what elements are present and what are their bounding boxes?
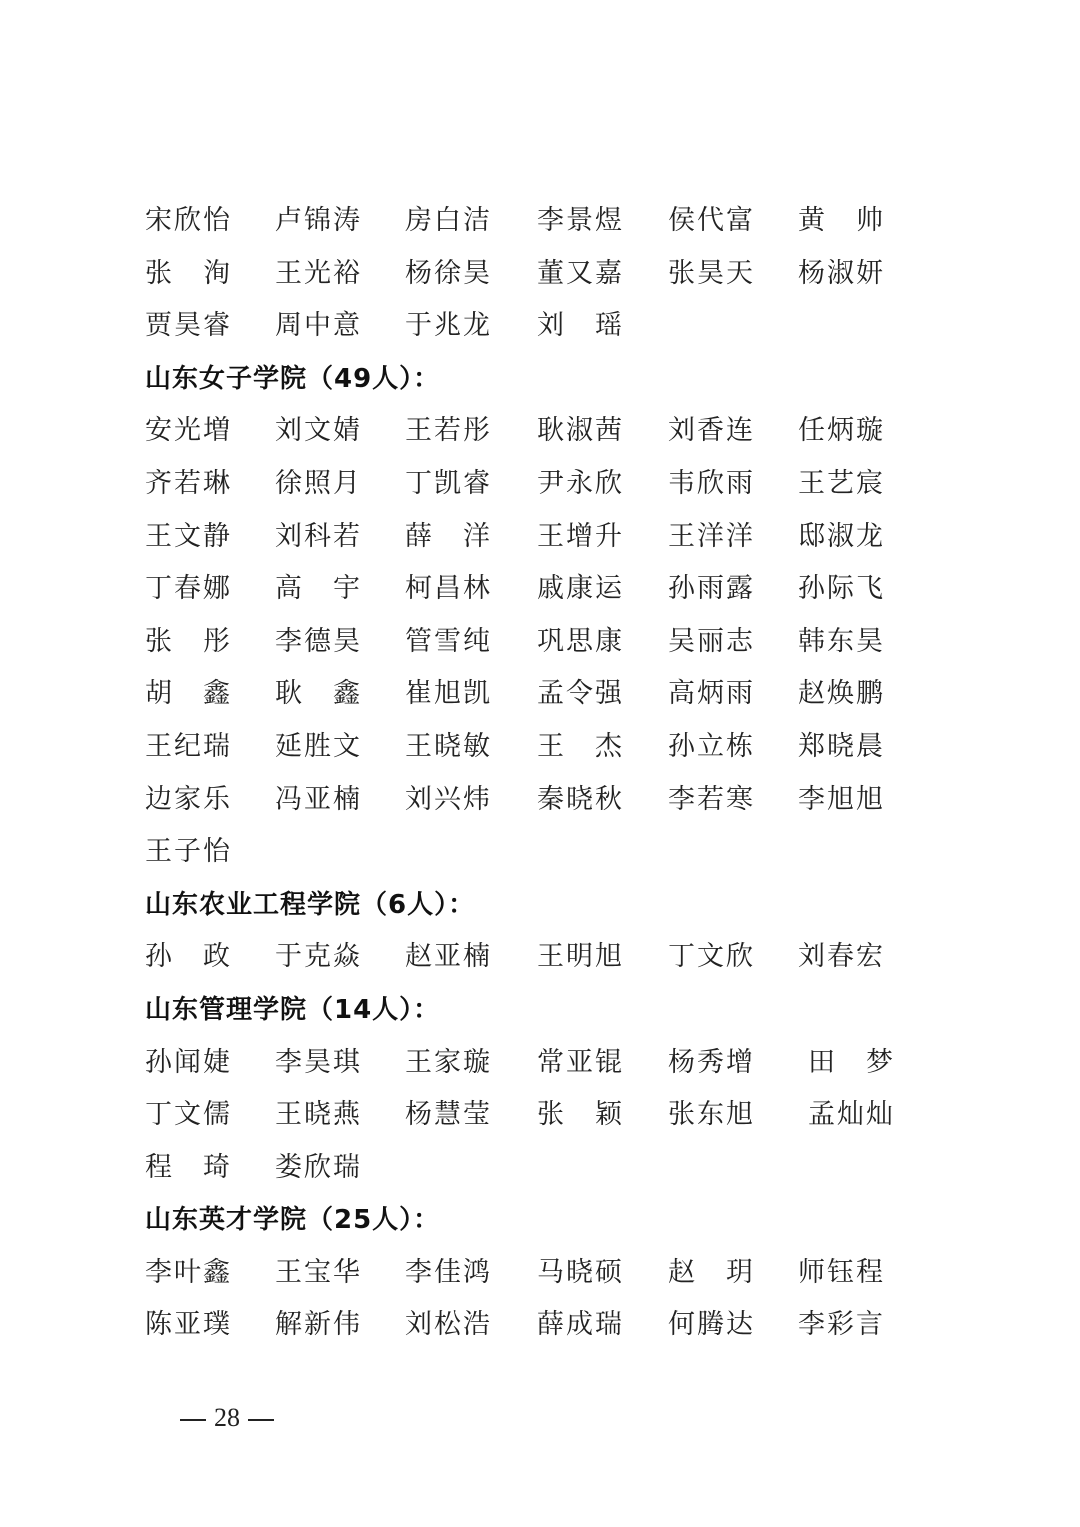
name: 张昊天	[668, 248, 755, 301]
name: 解新伟	[275, 1299, 362, 1352]
name: 刘松浩	[405, 1299, 492, 1352]
name: 齐若琳	[145, 458, 232, 511]
name-row: 张 彤 李德昊 管雪纯 巩思康 吴丽志 韩东昊	[145, 616, 905, 669]
name: 杨淑妍	[798, 248, 885, 301]
name: 崔旭凯	[405, 668, 492, 721]
name-row: 安光増 刘文婧 王若彤 耿淑茜 刘香连 任炳璇	[145, 405, 905, 458]
name: 高 宇	[275, 563, 362, 616]
name: 陈亚璞	[145, 1299, 232, 1352]
name: 李叶鑫	[145, 1247, 232, 1300]
name: 王光裕	[275, 248, 362, 301]
name: 杨慧莹	[405, 1089, 492, 1142]
section-heading: 山东管理学院（14人）：	[145, 984, 905, 1037]
name-row: 陈亚璞 解新伟 刘松浩 薛成瑞 何腾达 李彩言	[145, 1299, 905, 1352]
name: 柯昌林	[405, 563, 492, 616]
name: 延胜文	[275, 721, 362, 774]
dash-right	[248, 1419, 274, 1421]
name: 刘兴炜	[405, 774, 492, 827]
name-row: 贾昊睿 周中意 于兆龙 刘 瑶	[145, 300, 905, 353]
name: 李若寒	[668, 774, 755, 827]
name: 赵亚楠	[405, 931, 492, 984]
name-row: 孙闻婕 李昊琪 王家璇 常亚锟 杨秀增 田 梦	[145, 1037, 905, 1090]
name: 张 颖	[537, 1089, 624, 1142]
name: 丁凯睿	[405, 458, 492, 511]
name: 孙际飞	[798, 563, 885, 616]
name: 张 彤	[145, 616, 232, 669]
name: 韩东昊	[798, 616, 885, 669]
name: 卢锦涛	[275, 195, 362, 248]
name-row: 王子怡	[145, 826, 905, 879]
name: 孙闻婕	[145, 1037, 232, 1090]
name: 王 杰	[537, 721, 624, 774]
name: 周中意	[275, 300, 362, 353]
name-row: 胡 鑫 耿 鑫 崔旭凯 孟令强 高炳雨 赵焕鹏	[145, 668, 905, 721]
name: 冯亚楠	[275, 774, 362, 827]
name: 任炳璇	[798, 405, 885, 458]
name-row: 丁春娜 高 宇 柯昌林 戚康运 孙雨露 孙际飞	[145, 563, 905, 616]
name-row: 王文静 刘科若 薛 洋 王增升 王洋洋 邸淑龙	[145, 511, 905, 564]
name: 王文静	[145, 511, 232, 564]
section-heading: 山东农业工程学院（6人）：	[145, 879, 905, 932]
name: 王家璇	[405, 1037, 492, 1090]
name: 孙立栋	[668, 721, 755, 774]
name: 何腾达	[668, 1299, 755, 1352]
name: 侯代富	[668, 195, 755, 248]
name: 刘香连	[668, 405, 755, 458]
name: 贾昊睿	[145, 300, 232, 353]
name-row: 边家乐 冯亚楠 刘兴炜 秦晓秋 李若寒 李旭旭	[145, 774, 905, 827]
name: 李佳鸿	[405, 1247, 492, 1300]
name: 李旭旭	[798, 774, 885, 827]
name: 边家乐	[145, 774, 232, 827]
name: 常亚锟	[537, 1037, 624, 1090]
name: 管雪纯	[405, 616, 492, 669]
name: 于兆龙	[405, 300, 492, 353]
name: 丁春娜	[145, 563, 232, 616]
name: 丁文欣	[668, 931, 755, 984]
name: 董又嘉	[537, 248, 624, 301]
name: 王洋洋	[668, 511, 755, 564]
name: 戚康运	[537, 563, 624, 616]
name: 胡 鑫	[145, 668, 232, 721]
section-heading: 山东英才学院（25人）：	[145, 1194, 905, 1247]
name: 尹永欣	[537, 458, 624, 511]
name: 刘 瑶	[537, 300, 624, 353]
name: 邸淑龙	[798, 511, 885, 564]
name: 吴丽志	[668, 616, 755, 669]
name: 赵 玥	[668, 1247, 755, 1300]
name: 丁文儒	[145, 1089, 232, 1142]
name: 耿淑茜	[537, 405, 624, 458]
name: 安光増	[145, 405, 232, 458]
name: 王明旭	[537, 931, 624, 984]
name: 王艺宸	[798, 458, 885, 511]
name: 王晓敏	[405, 721, 492, 774]
name-row: 宋欣怡 卢锦涛 房白洁 李景煜 侯代富 黄 帅	[145, 195, 905, 248]
name: 刘科若	[275, 511, 362, 564]
name: 张东旭	[668, 1089, 755, 1142]
name: 赵焕鹏	[798, 668, 885, 721]
name: 李彩言	[798, 1299, 885, 1352]
name: 师钰程	[798, 1247, 885, 1300]
name: 娄欣瑞	[275, 1142, 362, 1195]
page-footer: 28	[172, 1403, 282, 1433]
name: 王纪瑞	[145, 721, 232, 774]
name: 王增升	[537, 511, 624, 564]
name: 孙 政	[145, 931, 232, 984]
name-row: 丁文儒 王晓燕 杨慧莹 张 颖 张东旭 孟灿灿	[145, 1089, 905, 1142]
name-row: 王纪瑞 延胜文 王晓敏 王 杰 孙立栋 郑晓晨	[145, 721, 905, 774]
name: 薛 洋	[405, 511, 492, 564]
section-heading: 山东女子学院（49人）：	[145, 353, 905, 406]
name: 孟灿灿	[808, 1089, 895, 1142]
name: 巩思康	[537, 616, 624, 669]
name: 李昊琪	[275, 1037, 362, 1090]
name-list: 宋欣怡 卢锦涛 房白洁 李景煜 侯代富 黄 帅 张 洵 王光裕 杨徐昊 董又嘉 …	[145, 195, 905, 1352]
name-row: 张 洵 王光裕 杨徐昊 董又嘉 张昊天 杨淑妍	[145, 248, 905, 301]
name: 刘文婧	[275, 405, 362, 458]
name: 杨徐昊	[405, 248, 492, 301]
name: 秦晓秋	[537, 774, 624, 827]
name: 王子怡	[145, 826, 232, 879]
name: 田 梦	[808, 1037, 895, 1090]
name: 程 琦	[145, 1142, 232, 1195]
name: 刘春宏	[798, 931, 885, 984]
name-row: 齐若琳 徐照月 丁凯睿 尹永欣 韦欣雨 王艺宸	[145, 458, 905, 511]
name: 孟令强	[537, 668, 624, 721]
dash-left	[180, 1419, 206, 1421]
name: 宋欣怡	[145, 195, 232, 248]
name-row: 李叶鑫 王宝华 李佳鸿 马晓硕 赵 玥 师钰程	[145, 1247, 905, 1300]
name: 耿 鑫	[275, 668, 362, 721]
name: 王宝华	[275, 1247, 362, 1300]
name: 李德昊	[275, 616, 362, 669]
name-row: 孙 政 于克焱 赵亚楠 王明旭 丁文欣 刘春宏	[145, 931, 905, 984]
name-row: 程 琦 娄欣瑞	[145, 1142, 905, 1195]
name: 张 洵	[145, 248, 232, 301]
name: 薛成瑞	[537, 1299, 624, 1352]
page-number: 28	[214, 1403, 240, 1432]
name: 徐照月	[275, 458, 362, 511]
name: 王若彤	[405, 405, 492, 458]
name: 房白洁	[405, 195, 492, 248]
name: 马晓硕	[537, 1247, 624, 1300]
name: 孙雨露	[668, 563, 755, 616]
name: 郑晓晨	[798, 721, 885, 774]
name: 杨秀增	[668, 1037, 755, 1090]
name: 李景煜	[537, 195, 624, 248]
name: 韦欣雨	[668, 458, 755, 511]
name: 黄 帅	[798, 195, 885, 248]
name: 于克焱	[275, 931, 362, 984]
name: 王晓燕	[275, 1089, 362, 1142]
document-page: 宋欣怡 卢锦涛 房白洁 李景煜 侯代富 黄 帅 张 洵 王光裕 杨徐昊 董又嘉 …	[0, 0, 1080, 1527]
name: 高炳雨	[668, 668, 755, 721]
